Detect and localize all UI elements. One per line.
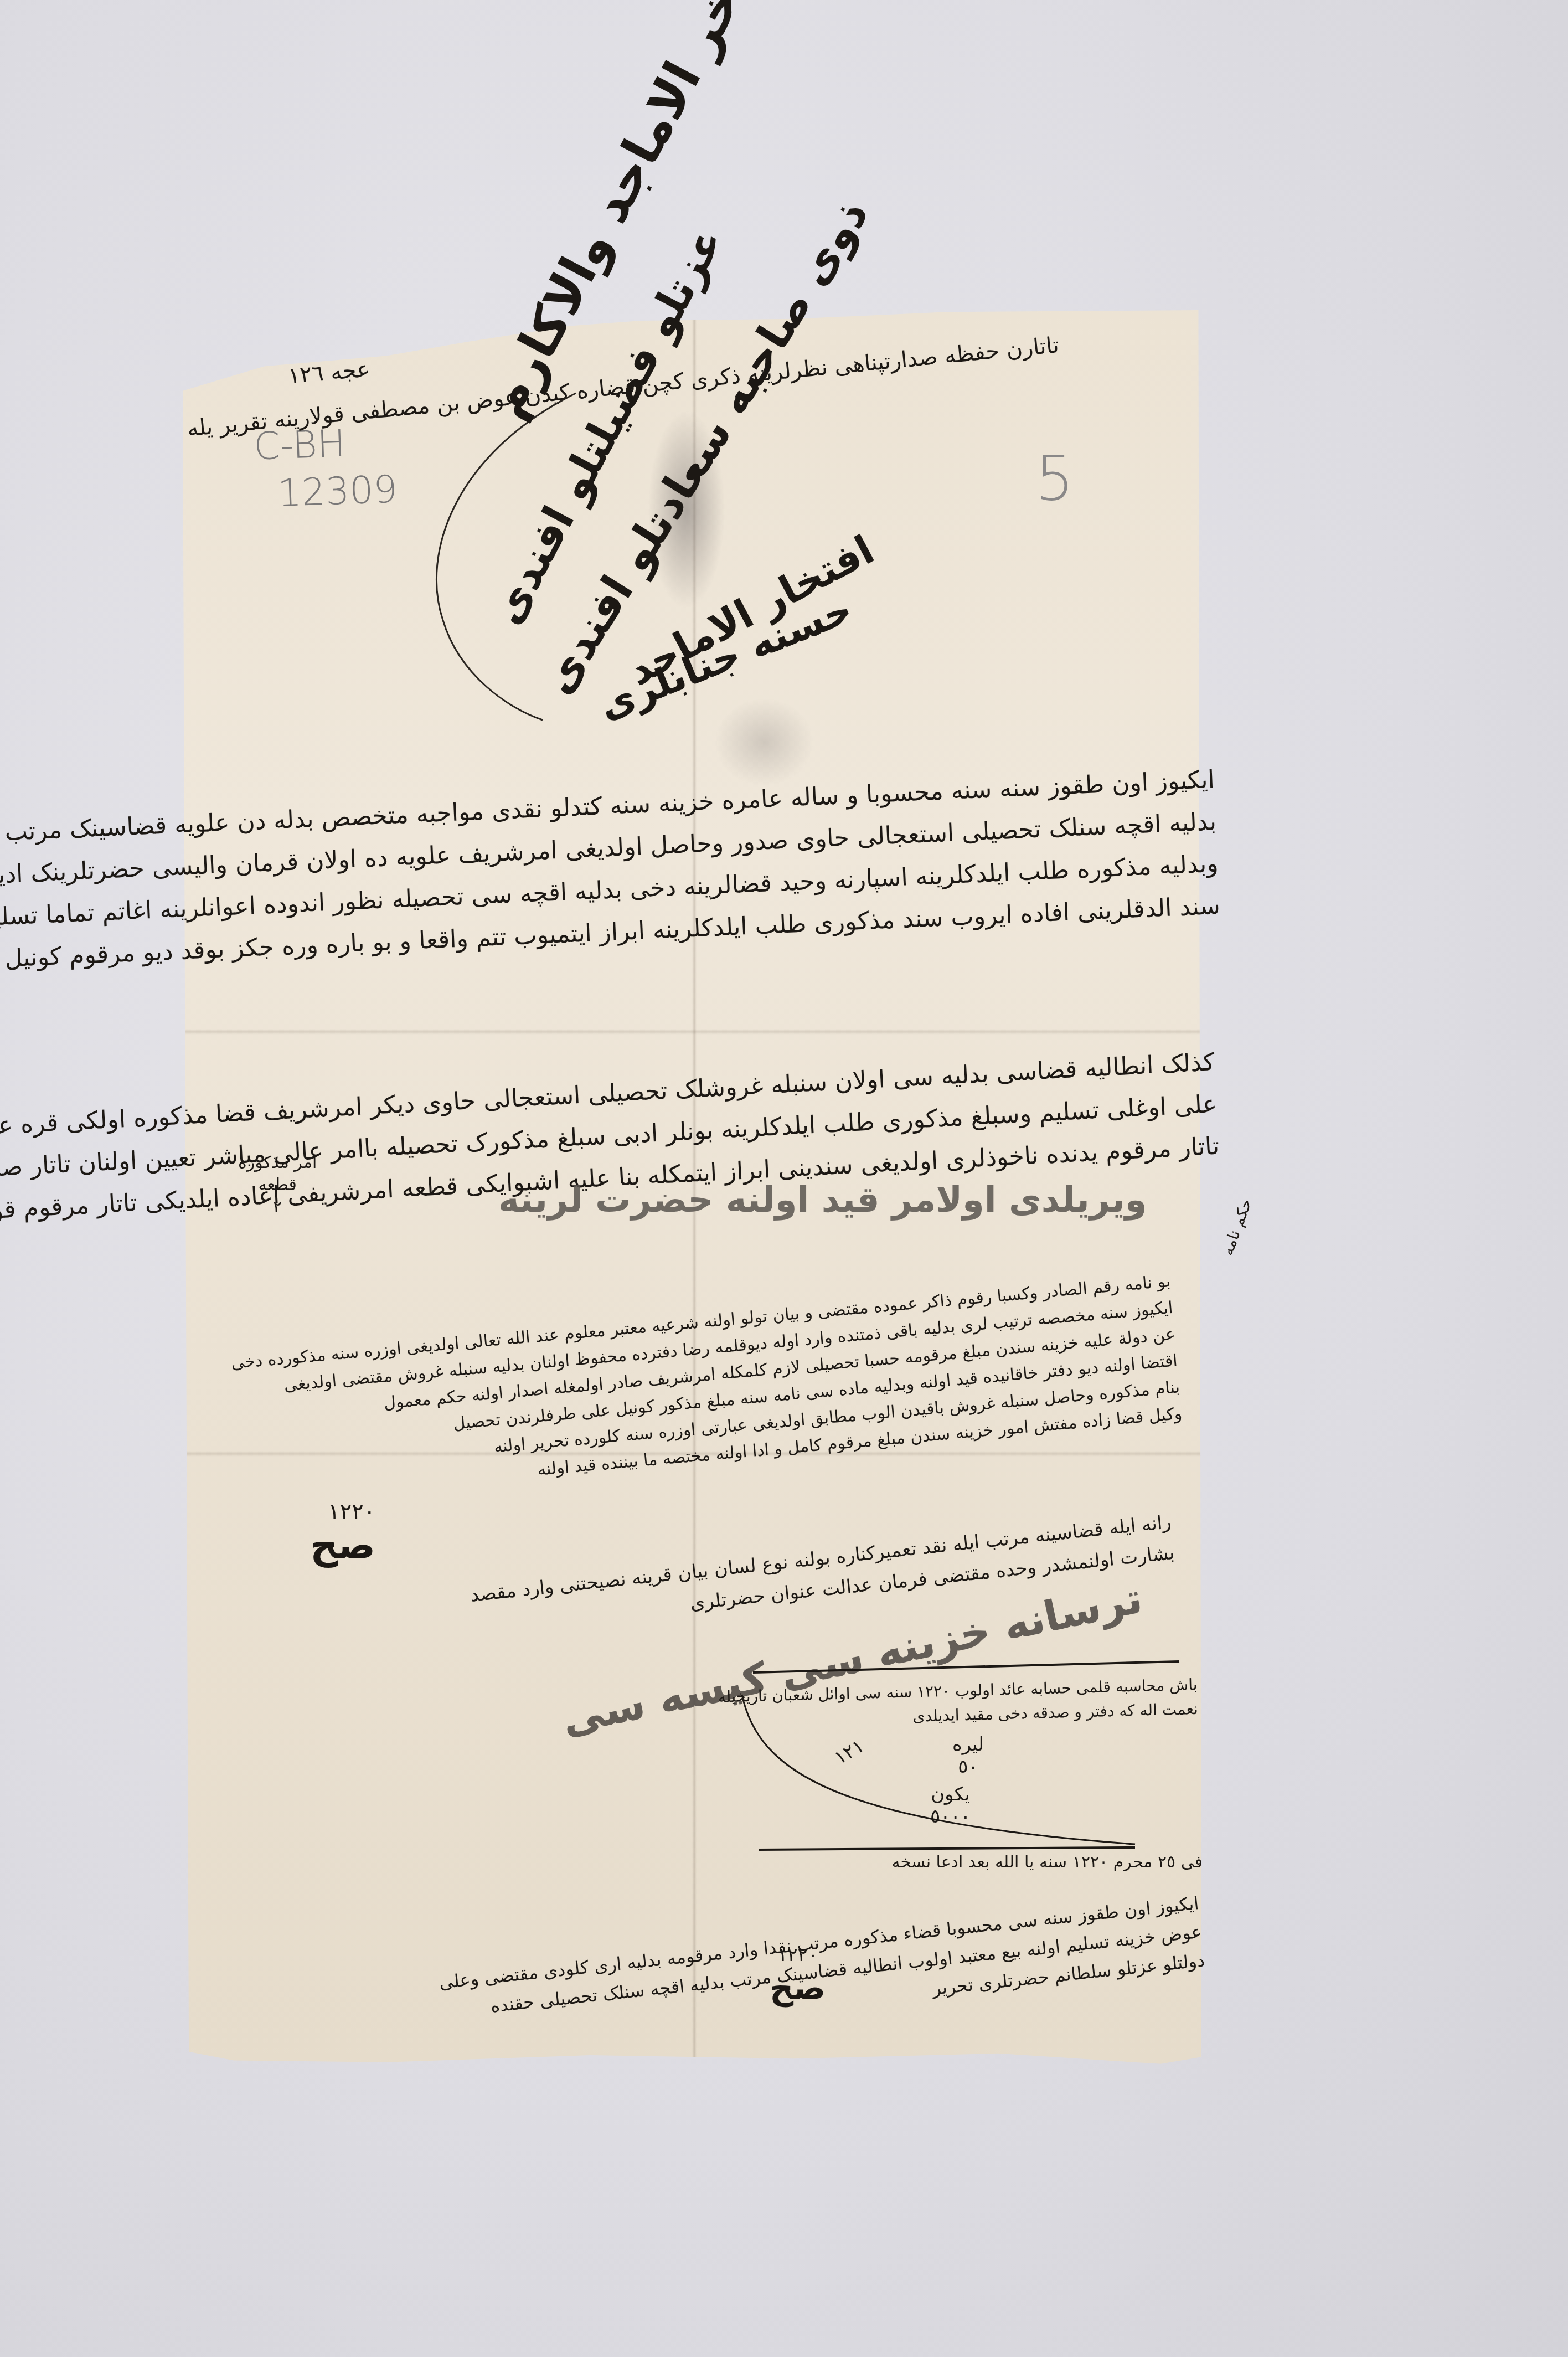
footer-signature: ١٢٢٠ صح bbox=[770, 1938, 826, 2005]
ruling-line: ویریلدی اولامر قید اولنه حضرت لرینه bbox=[498, 1180, 1147, 1221]
footer-signature-mark: صح bbox=[770, 1972, 826, 2005]
left-signature-mark: صح bbox=[310, 1529, 375, 1562]
sum-value: ٥٠٠٠ bbox=[930, 1805, 971, 1828]
horizontal-fold bbox=[183, 1029, 1201, 1035]
margin-note-line: ٢ bbox=[238, 1196, 317, 1218]
left-signature: ١٢٢٠ صح bbox=[310, 1495, 375, 1562]
amount-block: لیره ٥٠ bbox=[952, 1733, 984, 1778]
margin-note-line: قطعه bbox=[238, 1174, 317, 1196]
margin-note: امر مذکوره قطعه ٢ bbox=[238, 1152, 317, 1218]
archive-code: C-BH 12309 bbox=[253, 419, 398, 519]
ink-smudge bbox=[714, 698, 814, 786]
amount-value: ٥٠ bbox=[952, 1756, 984, 1778]
page-number: 5 bbox=[1035, 443, 1074, 514]
dense-right-margin: حکم نامه bbox=[1218, 1196, 1255, 1258]
footer-signature-date: ١٢٢٠ bbox=[770, 1938, 826, 1972]
archive-code-line2: 12309 bbox=[255, 466, 398, 519]
sum-block: یکون ٥٠٠٠ bbox=[930, 1783, 971, 1828]
margin-note-line: امر مذکوره bbox=[238, 1152, 317, 1174]
amount-label: لیره bbox=[952, 1733, 984, 1756]
sum-label: یکون bbox=[930, 1783, 971, 1805]
footer-date-line: فی ٢٥ محرم ١٢٢٠ سنه یا الله بعد ادعا نسخ… bbox=[891, 1852, 1203, 1872]
